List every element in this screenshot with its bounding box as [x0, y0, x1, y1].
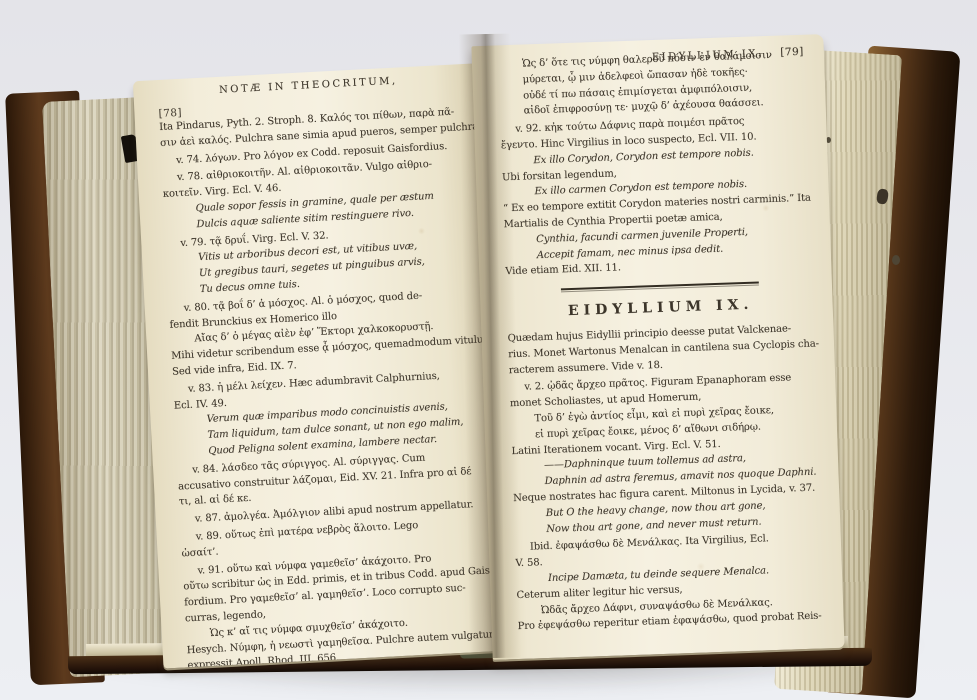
- page-number: [79]: [780, 46, 804, 59]
- left-page: NOTÆ IN THEOCRITUM, [78] Ita Pindarus, P…: [133, 63, 505, 668]
- section-heading: EIDYLLIUM IX.: [506, 296, 814, 323]
- right-page: EIDYLLIUM IX. [79] Ὡς δ’ ὅτε τις νύμφη θ…: [471, 34, 844, 660]
- right-page-surface: EIDYLLIUM IX. [79] Ὡς δ’ ὅτε τις νύμφη θ…: [471, 34, 844, 660]
- divider-rule: [561, 282, 758, 293]
- page-text: Ita Pindarus, Pyth. 2. Stroph. 8. Καλός …: [159, 104, 490, 668]
- page-text: Ὡς δ’ ὅτε τις νύμφη θαλεροῦ πόσιν ἐν θαλ…: [498, 47, 826, 635]
- left-page-surface: NOTÆ IN THEOCRITUM, [78] Ita Pindarus, P…: [133, 63, 505, 668]
- fore-edge-speck: [892, 255, 900, 265]
- photo-background: NOTÆ IN THEOCRITUM, [78] Ita Pindarus, P…: [0, 0, 977, 700]
